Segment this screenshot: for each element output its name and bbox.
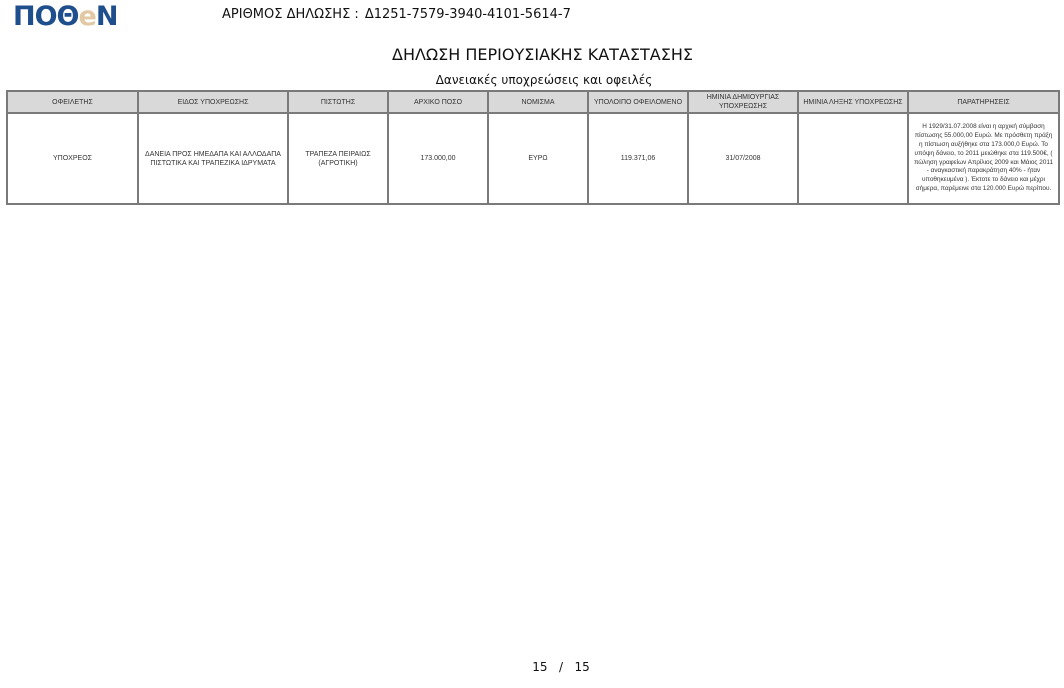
cell-creation-date: 31/07/2008 xyxy=(688,113,798,204)
cell-creditor: ΤΡΑΠΕΖΑ ΠΕΙΡΑΙΩΣ (ΑΓΡΟΤΙΚΗ) xyxy=(288,113,388,204)
column-header-obligation-type: ΕΙΔΟΣ ΥΠΟΧΡΕΩΣΗΣ xyxy=(138,91,288,113)
cell-debtor: ΥΠΟΧΡΕΟΣ xyxy=(7,113,138,204)
cell-obligation-type: ΔΑΝΕΙΑ ΠΡΟΣ ΗΜΕΔΑΠΑ ΚΑΙ ΑΛΛΟΔΑΠΑ ΠΙΣΤΩΤΙ… xyxy=(138,113,288,204)
cell-expiry-date xyxy=(798,113,908,204)
page-title: ΔΗΛΩΣΗ ΠΕΡΙΟΥΣΙΑΚΗΣ ΚΑΤΑΣΤΑΣΗΣ xyxy=(0,45,1064,64)
column-header-currency: ΝΟΜΙΣΜΑ xyxy=(488,91,588,113)
page-indicator: 15 / 15 xyxy=(0,660,1064,674)
logo-part-1: ΠΟΘ xyxy=(13,2,79,32)
obligations-table: ΟΦΕΙΛΕΤΗΣ ΕΙΔΟΣ ΥΠΟΧΡΕΩΣΗΣ ΠΙΣΤΩΤΗΣ ΑΡΧΙ… xyxy=(6,90,1060,205)
column-header-debtor: ΟΦΕΙΛΕΤΗΣ xyxy=(7,91,138,113)
cell-outstanding-balance: 119.371,06 xyxy=(588,113,688,204)
logo: ΠΟΘeN xyxy=(13,2,117,32)
column-header-creation-date: ΗΜΙΝΙΑ ΔΗΜΙΟΥΡΓΙΑΣ ΥΠΟΧΡΕΩΣΗΣ xyxy=(688,91,798,113)
column-header-creditor: ΠΙΣΤΩΤΗΣ xyxy=(288,91,388,113)
declaration-number-label: ΑΡΙΘΜΟΣ ΔΗΛΩΣΗΣ : xyxy=(222,7,359,22)
section-subtitle: Δανειακές υποχρεώσεις και οφειλές xyxy=(0,73,1064,87)
column-header-outstanding-balance: ΥΠΟΛΟΙΠΟ ΟΦΕΙΛΟΜΕΝΟ xyxy=(588,91,688,113)
page-current: 15 xyxy=(532,660,547,674)
declaration-number: ΑΡΙΘΜΟΣ ΔΗΛΩΣΗΣ :Δ1251-7579-3940-4101-56… xyxy=(222,7,571,22)
column-header-remarks: ΠΑΡΑΤΗΡΗΣΕΙΣ xyxy=(908,91,1059,113)
cell-initial-amount: 173.000,00 xyxy=(388,113,488,204)
table-header-row: ΟΦΕΙΛΕΤΗΣ ΕΙΔΟΣ ΥΠΟΧΡΕΩΣΗΣ ΠΙΣΤΩΤΗΣ ΑΡΧΙ… xyxy=(7,91,1059,113)
logo-part-2: e xyxy=(79,2,96,32)
logo-part-3: N xyxy=(96,2,118,32)
cell-currency: ΕΥΡΩ xyxy=(488,113,588,204)
page-separator: / xyxy=(559,660,563,674)
table-row: ΥΠΟΧΡΕΟΣ ΔΑΝΕΙΑ ΠΡΟΣ ΗΜΕΔΑΠΑ ΚΑΙ ΑΛΛΟΔΑΠ… xyxy=(7,113,1059,204)
cell-remarks: Η 1929/31.07.2008 είναι η αρχική σύμβαση… xyxy=(908,113,1059,204)
declaration-number-value: Δ1251-7579-3940-4101-5614-7 xyxy=(365,7,571,22)
page-total: 15 xyxy=(574,660,589,674)
column-header-initial-amount: ΑΡΧΙΚΟ ΠΟΣΟ xyxy=(388,91,488,113)
column-header-expiry-date: ΗΜΙΝΙΑ ΛΗΞΗΣ ΥΠΟΧΡΕΩΣΗΣ xyxy=(798,91,908,113)
